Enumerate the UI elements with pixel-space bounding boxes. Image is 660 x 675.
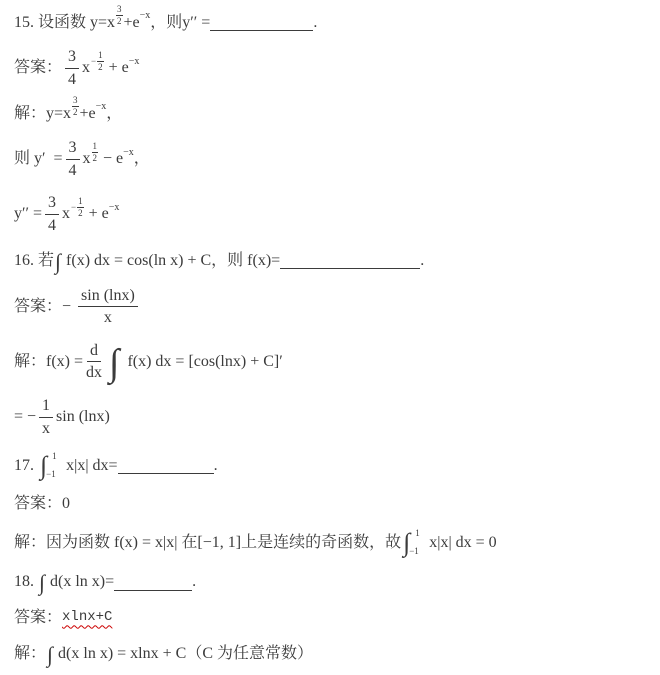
integral-upper-bound: 1 xyxy=(52,452,60,461)
fraction-denominator: 4 xyxy=(68,69,76,89)
q15-solution-step-3: y′′ =34x−12 + e−x xyxy=(14,194,652,234)
text-run: +e xyxy=(80,104,96,124)
superscript: −x xyxy=(140,10,151,23)
integral-with-bounds: ∫1−1 xyxy=(403,529,423,556)
superscript-fraction: 32 xyxy=(72,96,79,117)
superscript: −x xyxy=(129,56,140,69)
fraction-numerator: 3 xyxy=(116,5,123,16)
fraction-stack: 12 xyxy=(77,197,84,218)
text-run: 答案：0 xyxy=(14,494,70,514)
superscript-fraction: −12 xyxy=(91,51,104,72)
text-run: ， xyxy=(134,149,150,169)
fraction-denominator: 2 xyxy=(98,62,103,72)
text-run: 解：因为函数 f(x) = x|x| 在[−1, 1]上是连续的奇函数，故 xyxy=(14,533,401,553)
fraction-numerator: 1 xyxy=(39,397,53,418)
integral-bounds: 1−1 xyxy=(411,529,423,556)
fraction: 34 xyxy=(65,48,79,88)
integral-icon: ∫ xyxy=(109,344,119,382)
blank-underline xyxy=(118,471,214,474)
fraction: ddx xyxy=(86,342,102,382)
fraction-numerator: 3 xyxy=(72,96,79,107)
text-run: 15. 设函数 y=x xyxy=(14,13,115,33)
text-run: d(x ln x)= xyxy=(46,572,114,592)
fraction-numerator: 3 xyxy=(65,48,79,69)
q16-solution-step-2: = −1xsin (lnx) xyxy=(14,397,652,437)
text-run: x|x| dx = 0 xyxy=(425,533,496,553)
superscript-fraction: −12 xyxy=(71,197,84,218)
text-run: 18. xyxy=(14,572,38,592)
q15-answer: 答案：34x−12 + e−x xyxy=(14,48,652,88)
fraction: 1x xyxy=(39,397,53,437)
superscript: −x xyxy=(109,202,120,215)
text-run: +e xyxy=(124,13,140,33)
q18-question: 18. ∫ d(x ln x)=. xyxy=(14,571,652,593)
text-run: . xyxy=(313,13,317,33)
fraction-stack: 32 xyxy=(116,5,123,26)
fraction: 34 xyxy=(66,139,80,179)
superscript-minus-sign: − xyxy=(91,57,96,66)
q17-question: 17. ∫1−1 x|x| dx=. xyxy=(14,452,652,479)
text-run: x|x| dx= xyxy=(62,456,117,476)
blank-underline xyxy=(114,588,192,591)
fraction-numerator: 1 xyxy=(97,51,104,62)
text-run: x xyxy=(82,58,90,78)
q16-answer: 答案：− sin (lnx)x xyxy=(14,287,652,327)
fraction-denominator: 4 xyxy=(69,160,77,180)
blank-underline xyxy=(210,28,313,31)
superscript-fraction: 12 xyxy=(92,142,99,163)
text-run: d(x ln x) = xlnx + C（C 为任意常数） xyxy=(54,644,313,664)
superscript: −x xyxy=(96,101,107,114)
q18-solution: 解：∫ d(x ln x) = xlnx + C（C 为任意常数） xyxy=(14,643,652,665)
fraction-denominator: 2 xyxy=(78,208,83,218)
fraction-denominator: 4 xyxy=(48,215,56,235)
text-run: . xyxy=(420,251,424,271)
fraction-denominator: 2 xyxy=(117,16,122,26)
q15-solution-step-2: 则 y′ =34x12 − e−x， xyxy=(14,139,652,179)
fraction-stack: 32 xyxy=(72,96,79,117)
q15-solution-step-1: 解：y=x32+e−x， xyxy=(14,103,652,124)
fraction-denominator: x xyxy=(42,418,50,438)
q17-answer: 答案：0 xyxy=(14,494,652,514)
text-run: ， xyxy=(106,104,122,124)
answer-wavy-text: xlnx+C xyxy=(62,609,112,627)
fraction-numerator: 1 xyxy=(77,197,84,208)
text-run: 16. 若 xyxy=(14,251,54,271)
fraction: 34 xyxy=(45,194,59,234)
text-run: 解：y=x xyxy=(14,104,71,124)
document: 15. 设函数 y=x32+e−x，则y′′ =.答案：34x−12 + e−x… xyxy=(0,0,660,665)
text-run: 解： xyxy=(14,644,46,664)
integral-upper-bound: 1 xyxy=(415,529,423,538)
text-run: 解：f(x) = xyxy=(14,352,83,372)
text-run: 答案： xyxy=(14,58,62,78)
text-run: 答案： xyxy=(14,608,62,628)
fraction-numerator: d xyxy=(87,342,101,363)
fraction-numerator: sin (lnx) xyxy=(78,287,138,308)
text-run: + e xyxy=(105,58,129,78)
text-run: = − xyxy=(14,407,36,427)
text-run: 则 y′ = xyxy=(14,149,63,169)
fraction: sin (lnx)x xyxy=(78,287,138,327)
fraction-numerator: 3 xyxy=(66,139,80,160)
superscript: −x xyxy=(123,147,134,160)
fraction-denominator: 2 xyxy=(93,153,98,163)
superscript-minus-sign: − xyxy=(71,203,76,212)
fraction-denominator: dx xyxy=(86,362,102,382)
text-run: 17. xyxy=(14,456,38,476)
text-run: y′′ = xyxy=(14,204,42,224)
q15-question: 15. 设函数 y=x32+e−x，则y′′ =. xyxy=(14,12,652,33)
integral-icon: ∫ xyxy=(47,644,53,666)
integral-bounds: 1−1 xyxy=(48,452,60,479)
integral-lower-bound: −1 xyxy=(409,547,423,556)
integral-icon: ∫ xyxy=(39,572,45,594)
text-run: x xyxy=(62,204,70,224)
text-run: − e xyxy=(99,149,123,169)
blank-underline xyxy=(280,266,420,269)
fraction-stack: 12 xyxy=(97,51,104,72)
integral-lower-bound: −1 xyxy=(46,470,60,479)
text-run: f(x) dx = [cos(lnx) + C]′ xyxy=(123,352,282,372)
q16-question: 16. 若∫ f(x) dx = cos(ln x) + C，则 f(x)=. xyxy=(14,250,652,272)
integral-with-bounds: ∫1−1 xyxy=(40,452,60,479)
text-run: f(x) dx = cos(ln x) + C，则 f(x)= xyxy=(62,251,280,271)
q17-solution: 解：因为函数 f(x) = x|x| 在[−1, 1]上是连续的奇函数，故∫1−… xyxy=(14,529,652,556)
text-run: + e xyxy=(85,204,109,224)
fraction-denominator: 2 xyxy=(73,107,78,117)
text-run: 答案：− xyxy=(14,297,75,317)
q18-answer: 答案：xlnx+C xyxy=(14,608,652,628)
text-run: x xyxy=(83,149,91,169)
q16-solution-step-1: 解：f(x) =ddx∫ f(x) dx = [cos(lnx) + C]′ xyxy=(14,342,652,382)
superscript-fraction: 32 xyxy=(116,5,123,26)
fraction-denominator: x xyxy=(104,307,112,327)
text-run: . xyxy=(192,572,196,592)
fraction-numerator: 3 xyxy=(45,194,59,215)
integral-icon: ∫ xyxy=(55,251,61,273)
fraction-stack: 12 xyxy=(92,142,99,163)
text-run: sin (lnx) xyxy=(56,407,110,427)
text-run: . xyxy=(214,456,218,476)
fraction-numerator: 1 xyxy=(92,142,99,153)
text-run: ，则y′′ = xyxy=(150,13,210,33)
